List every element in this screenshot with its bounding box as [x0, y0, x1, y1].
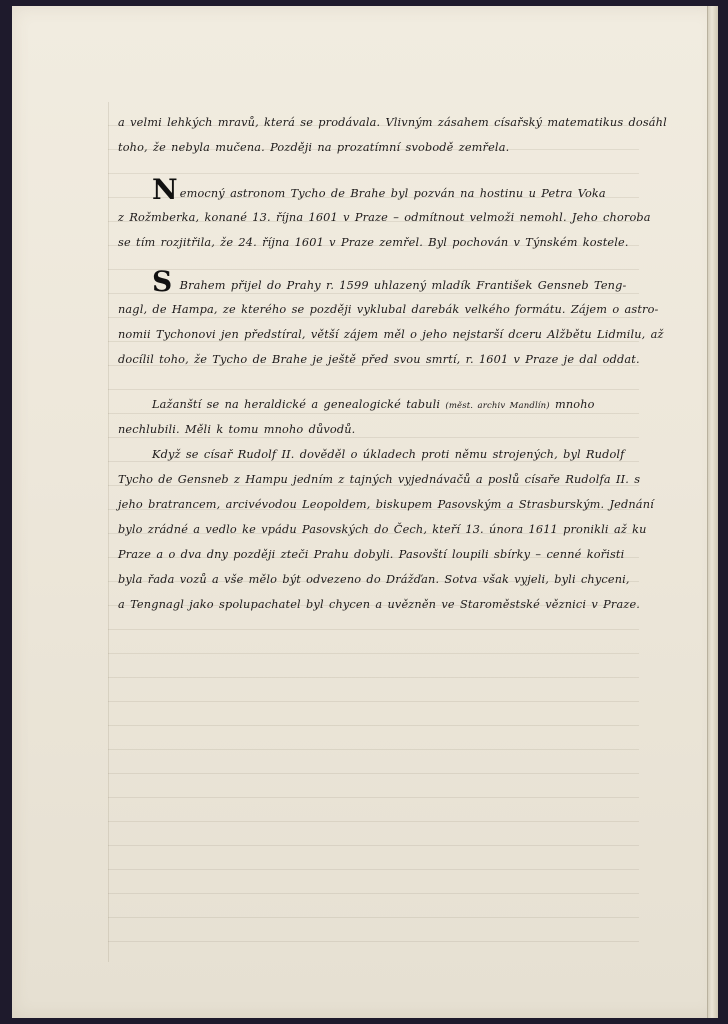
drop-cap: S	[152, 265, 172, 298]
text-line: se tím rozjitřila, že 24. října 1601 v P…	[118, 230, 638, 255]
page-edge	[707, 6, 718, 1018]
text-fragment: Lažanští se na heraldické a genealogické…	[152, 398, 440, 411]
text-line: nagl, de Hampa, ze kterého se později vy…	[118, 297, 638, 322]
text-line: a Tengnagl jako spolupachatel byl chycen…	[118, 592, 638, 617]
text-line: jeho bratrancem, arcivévodou Leopoldem, …	[118, 492, 638, 517]
text-fragment: mnoho	[555, 398, 595, 411]
text-line: byla řada vozů a vše mělo být odvezeno d…	[118, 567, 638, 592]
paragraph-continuation: a velmi lehkých mravů, která se prodával…	[118, 110, 638, 160]
text-line: nechlubili. Měli k tomu mnoho důvodů.	[118, 417, 638, 442]
text-line: S Brahem přijel do Prahy r. 1599 uhlazen…	[118, 272, 638, 297]
manuscript-page: a velmi lehkých mravů, která se prodával…	[12, 6, 718, 1018]
paragraph-tycho-death: Nemocný astronom Tycho de Brahe byl pozv…	[118, 180, 638, 255]
drop-cap: N	[152, 173, 178, 206]
handwritten-text: a velmi lehkých mravů, která se prodával…	[118, 110, 638, 617]
text-line: Nemocný astronom Tycho de Brahe byl pozv…	[118, 180, 638, 205]
text-line: Tycho de Gensneb z Hampu jedním z tajnýc…	[118, 467, 638, 492]
archive-note: (měst. archiv Mandlín)	[445, 401, 549, 411]
text-line: bylo zrádné a vedlo ke vpádu Pasovských …	[118, 517, 638, 542]
text-line: a velmi lehkých mravů, která se prodával…	[118, 110, 638, 135]
text-line: Když se císař Rudolf II. dověděl o úklad…	[118, 442, 638, 467]
text-line: nomii Tychonovi jen předstíral, větší zá…	[118, 322, 638, 347]
text-line: Lažanští se na heraldické a genealogické…	[118, 392, 638, 417]
text-line: z Rožmberka, konané 13. října 1601 v Pra…	[118, 205, 638, 230]
text-line: Praze a o dva dny později zteči Prahu do…	[118, 542, 638, 567]
text-fragment: Brahem přijel do Prahy r. 1599 uhlazený …	[174, 279, 626, 292]
paragraph-lazansti: Lažanští se na heraldické a genealogické…	[118, 392, 638, 442]
text-line: docílil toho, že Tycho de Brahe je ještě…	[118, 347, 638, 372]
paragraph-tengnagl: S Brahem přijel do Prahy r. 1599 uhlazen…	[118, 272, 638, 372]
text-line: toho, že nebyla mučena. Později na proza…	[118, 135, 638, 160]
paragraph-rudolf: Když se císař Rudolf II. dověděl o úklad…	[118, 442, 638, 617]
text-fragment: emocný astronom Tycho de Brahe byl pozvá…	[180, 187, 606, 200]
